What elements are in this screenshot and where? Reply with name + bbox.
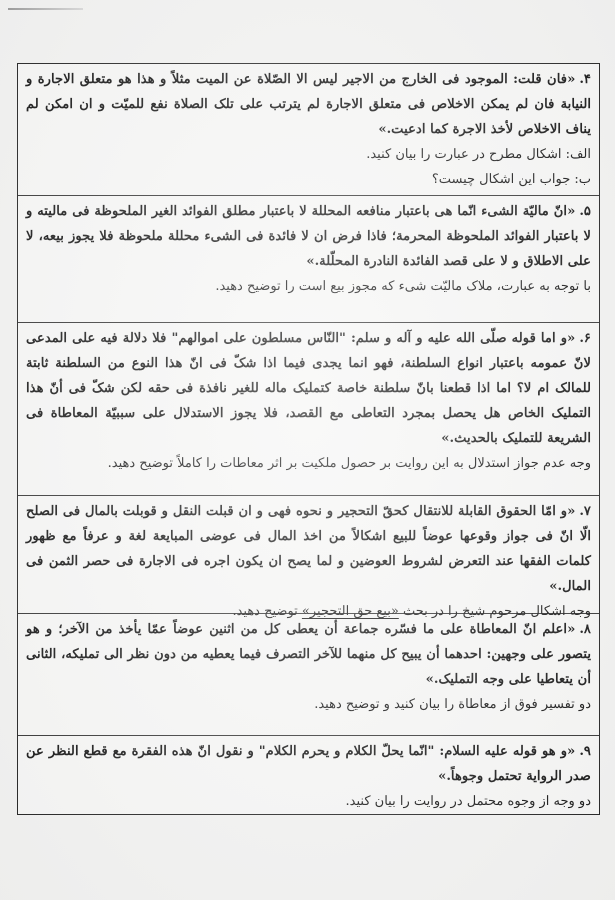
question-7: ۷.«و امّا الحقوق القابلة للانتقال کحقّ ا…: [18, 496, 599, 614]
question-9-prompt: دو وجه از وجوه محتمل در روایت را بیان کن…: [26, 789, 591, 814]
question-8: ۸.«اعلم انّ المعاطاة علی ما فسّره جماعة …: [18, 614, 599, 736]
question-number: ۵.: [579, 204, 591, 219]
exam-questions-table: ۴.«فان قلت: الموجود فی الخارج من الاجیر …: [17, 63, 600, 815]
question-8-prompt: دو تفسیر فوق از معاطاة را بیان کنید و تو…: [26, 692, 591, 717]
quote-text: «فان قلت: الموجود فی الخارج من الاجیر لی…: [26, 72, 591, 137]
quote-text: «اعلم انّ المعاطاة علی ما فسّره جماعة أن…: [26, 622, 591, 687]
scan-edge-artifact: [8, 8, 83, 10]
question-4-prompt-a: الف: اشکال مطرح در عبارت را بیان کنید.: [26, 142, 591, 167]
question-5: ۵.«انّ مالیّة الشیء انّما هی باعتبار منا…: [18, 196, 599, 323]
quote-text: «و اما قوله صلّی الله علیه و آله و سلم: …: [26, 331, 591, 446]
quote-text: «و امّا الحقوق القابلة للانتقال کحقّ الت…: [26, 504, 591, 594]
question-4-quote: ۴.«فان قلت: الموجود فی الخارج من الاجیر …: [26, 67, 591, 142]
question-6: ۶.«و اما قوله صلّی الله علیه و آله و سلم…: [18, 323, 599, 496]
question-6-prompt: وجه عدم جواز استدلال به این روایت بر حصو…: [26, 451, 591, 476]
question-9-quote: ۹.«و هو قوله علیه السلام: "انّما یحلّ ال…: [26, 739, 591, 789]
question-number: ۹.: [579, 744, 591, 759]
question-9: ۹.«و هو قوله علیه السلام: "انّما یحلّ ال…: [18, 736, 599, 814]
question-8-quote: ۸.«اعلم انّ المعاطاة علی ما فسّره جماعة …: [26, 617, 591, 692]
question-number: ۷.: [579, 504, 591, 519]
quote-text: «انّ مالیّة الشیء انّما هی باعتبار منافع…: [26, 204, 591, 269]
question-5-prompt: با توجه به عبارت، ملاک مالیّت شیء که مجو…: [26, 274, 591, 299]
quote-text: «و هو قوله علیه السلام: "انّما یحلّ الکل…: [26, 744, 591, 784]
question-4: ۴.«فان قلت: الموجود فی الخارج من الاجیر …: [18, 64, 599, 196]
question-number: ۶.: [579, 331, 591, 346]
question-7-quote: ۷.«و امّا الحقوق القابلة للانتقال کحقّ ا…: [26, 499, 591, 599]
question-4-prompt-b: ب: جواب این اشکال چیست؟: [26, 167, 591, 192]
question-number: ۸.: [579, 622, 591, 637]
question-6-quote: ۶.«و اما قوله صلّی الله علیه و آله و سلم…: [26, 326, 591, 451]
question-number: ۴.: [579, 72, 591, 87]
question-5-quote: ۵.«انّ مالیّة الشیء انّما هی باعتبار منا…: [26, 199, 591, 274]
